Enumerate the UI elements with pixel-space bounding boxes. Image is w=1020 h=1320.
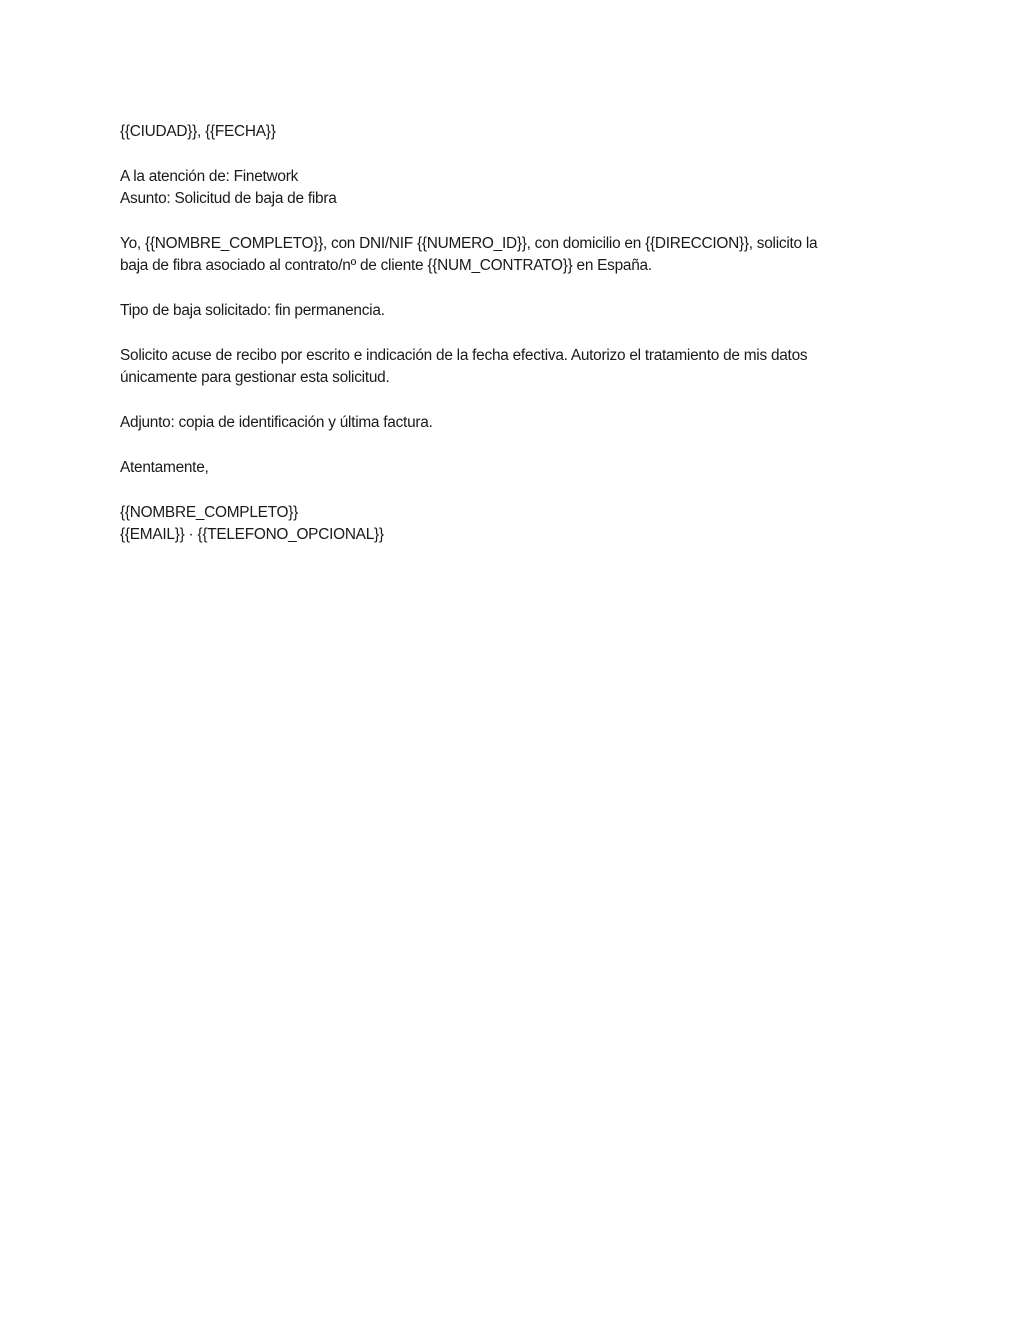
closing-paragraph: Atentamente, [120,457,910,479]
attachments-paragraph: Adjunto: copia de identificación y últim… [120,412,910,434]
request-line-1: Solicito acuse de recibo por escrito e i… [120,345,910,367]
place-date-paragraph: {{CIUDAD}}, {{FECHA}} [120,121,910,143]
closing-line: Atentamente, [120,457,910,479]
signature-contact: {{EMAIL}} · {{TELEFONO_OPCIONAL}} [120,524,910,546]
request-paragraph: Solicito acuse de recibo por escrito e i… [120,345,910,390]
letter-page: {{CIUDAD}}, {{FECHA}} A la atención de: … [120,121,910,569]
intro-line-2: baja de fibra asociado al contrato/nº de… [120,255,910,277]
recipient-line: A la atención de: Finetwork [120,166,910,188]
header-paragraph: A la atención de: Finetwork Asunto: Soli… [120,166,910,211]
request-line-2: únicamente para gestionar esta solicitud… [120,367,910,389]
cancellation-type: Tipo de baja solicitado: fin permanencia… [120,300,910,322]
attachments-line: Adjunto: copia de identificación y últim… [120,412,910,434]
signature-block: {{NOMBRE_COMPLETO}} {{EMAIL}} · {{TELEFO… [120,502,910,547]
intro-paragraph: Yo, {{NOMBRE_COMPLETO}}, con DNI/NIF {{N… [120,233,910,278]
intro-line-1: Yo, {{NOMBRE_COMPLETO}}, con DNI/NIF {{N… [120,233,910,255]
cancellation-type-paragraph: Tipo de baja solicitado: fin permanencia… [120,300,910,322]
subject-line: Asunto: Solicitud de baja de fibra [120,188,910,210]
signature-name: {{NOMBRE_COMPLETO}} [120,502,910,524]
place-date: {{CIUDAD}}, {{FECHA}} [120,121,910,143]
